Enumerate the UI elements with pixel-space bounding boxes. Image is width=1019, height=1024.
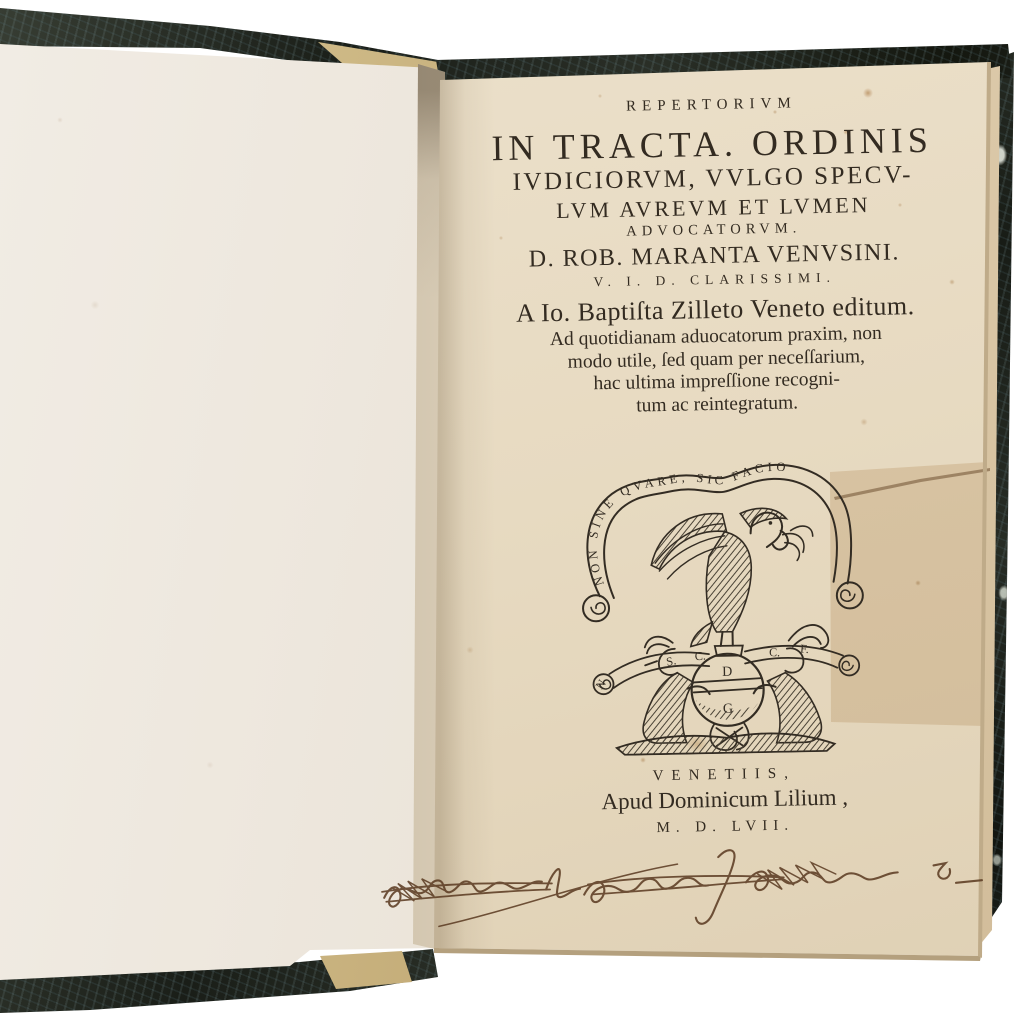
svg-text:C.: C.	[769, 645, 780, 659]
orb-device: D G	[691, 653, 764, 726]
series-header: REPERTORIVM	[442, 91, 980, 119]
svg-text:S.: S.	[665, 653, 677, 669]
eagle-figure	[650, 507, 815, 657]
title-page-text-block: REPERTORIVM IN TRACTA. ORDINIS IVDICIORV…	[442, 79, 994, 842]
svg-text:G: G	[723, 702, 733, 717]
svg-text:D: D	[722, 665, 732, 680]
book-photograph: REPERTORIVM IN TRACTA. ORDINIS IVDICIORV…	[0, 0, 1019, 1024]
printer-device-woodcut: NON SINE QVARE, SIC FACIO	[553, 433, 889, 757]
ownership-inscription	[377, 838, 989, 934]
